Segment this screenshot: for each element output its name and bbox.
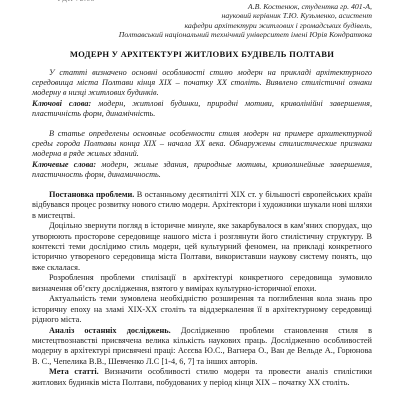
udc-cropped-line: УДК 72.03 [57,0,95,3]
article-body: Постановка проблеми. В останньому десяти… [32,190,372,389]
document-page: УДК 72.03 А.В. Костенюк, студентка гр. 4… [0,0,400,400]
keywords-uk-label: Ключові слова: [32,99,91,108]
author-line: кафедри архітектури житлових і громадськ… [32,21,372,30]
section-paragraph: Постановка проблеми. В останньому десяти… [32,190,372,221]
paragraph-text: Доцільно звернути погляд в історичне мин… [32,221,372,272]
abstract-ru-text: В статье определены основные особенности… [32,129,372,160]
section-paragraph: Мета статті. Визначити особливості стилю… [32,367,372,388]
section-paragraph: Аналіз останніх досліджень. Дослідженню … [32,326,372,368]
author-line: Полтавський національний технічний уніве… [32,30,372,39]
abstract-ru: В статье определены основные особенности… [32,129,372,181]
abstract-uk-text: У статті визначено основні особливості с… [32,68,372,99]
author-line: А.В. Костенюк, студентка гр. 401-А, [32,2,372,11]
paragraph-lead: Постановка проблеми. [49,190,134,199]
keywords-ru-label: Ключевые слова: [32,160,96,169]
paragraph-text: Розроблення проблеми стилізації в архіте… [32,273,372,292]
paper-title: МОДЕРН У АРХІТЕКТУРІ ЖИТЛОВИХ БУДІВЕЛЬ П… [32,49,372,59]
author-block: А.В. Костенюк, студентка гр. 401-А, наук… [32,2,372,40]
author-line: науковий керівник Т.Ю. Кузьменко, асисте… [32,11,372,20]
section-paragraph: Розроблення проблеми стилізації в архіте… [32,273,372,294]
paragraph-text: Актуальність теми зумовлена необхідністю… [32,294,372,324]
section-paragraph: Актуальність теми зумовлена необхідністю… [32,294,372,325]
abstract-uk: У статті визначено основні особливості с… [32,68,372,120]
section-paragraph: Доцільно звернути погляд в історичне мин… [32,221,372,273]
paragraph-lead: Мета статті. [49,367,99,376]
paragraph-lead: Аналіз останніх досліджень. [49,326,171,335]
